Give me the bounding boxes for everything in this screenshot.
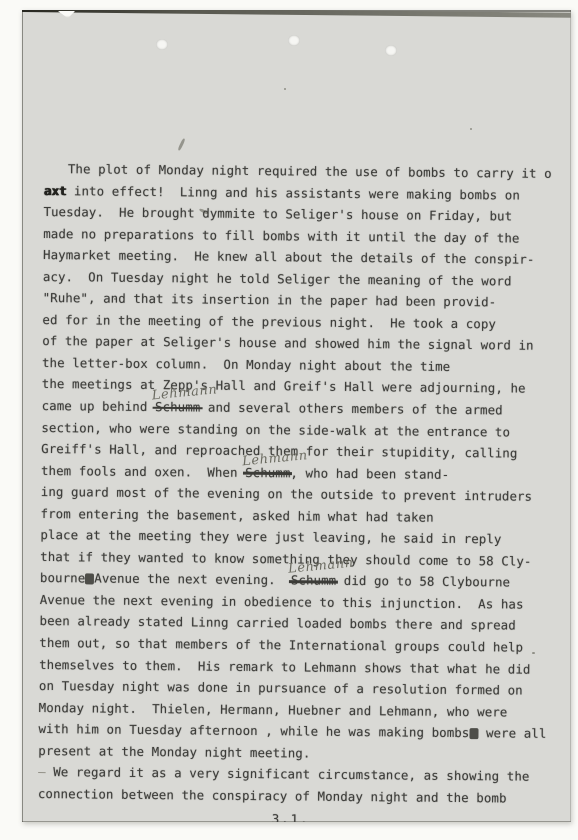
typed-text: them out, so that members of the Interna… [39, 635, 523, 655]
paper-sheet: The plot of Monday night required the us… [22, 10, 571, 822]
typed-text: that if they wanted to know something th… [40, 549, 532, 569]
paper-smudge [177, 138, 185, 151]
struck-out-name: SchummLehmann [291, 570, 337, 592]
paper-speck [470, 128, 472, 130]
typed-text: Haymarket meeting. He knew all about the… [43, 247, 535, 267]
punch-hole [385, 45, 397, 56]
typed-text: The plot of Monday night required the us… [68, 161, 552, 181]
ink-blot [469, 728, 478, 739]
typed-text: from entering the basement, asked him wh… [41, 506, 434, 525]
typed-text: ed for in the meeting of the previous ni… [42, 312, 496, 331]
paper-speck [284, 88, 286, 90]
typed-text: into effect! Linng and his assistants we… [66, 183, 520, 202]
punch-hole [288, 35, 300, 46]
page-number: 3.1. [38, 806, 544, 822]
typed-text: with him on Tuesday afternoon , while he… [38, 721, 469, 740]
text-line: connection between the conspiracy of Mon… [38, 783, 544, 809]
paper-edge-notch [58, 11, 75, 19]
typed-text: , who had been stand- [290, 465, 449, 482]
typed-text: the meetings at Zepp's Hall and Greif's … [42, 376, 526, 396]
typed-text: of the paper at Seliger's house and show… [42, 333, 534, 353]
typed-text: bourne [40, 570, 86, 585]
typed-text: themselves to them. His remark to Lehman… [39, 657, 531, 677]
typed-text: Tuesday. He brought dymmite to Seliger's… [43, 204, 512, 223]
typed-text: were all [478, 725, 546, 741]
typed-text: Monday night. Thielen, Hermann, Huebner … [39, 700, 508, 719]
typed-text: ing guard most of the evening on the out… [41, 484, 533, 504]
typed-text: Avenue the next evening in obedience to … [40, 592, 524, 612]
typed-text: made no preparations to fill bombs with … [43, 226, 519, 246]
struck-out-name: SchummLehmann [155, 396, 201, 418]
document-text: The plot of Monday night required the us… [38, 158, 550, 822]
ink-blot [85, 574, 94, 585]
pencil-dash: — [38, 764, 53, 779]
typed-text: present at the Monday night meeting. [38, 743, 310, 761]
typed-text: place at the meeting they were just leav… [40, 527, 501, 546]
typed-text: section, who were standing on the side-w… [41, 420, 510, 439]
typed-text: came up behind [42, 398, 156, 414]
struck-out-name: SchummLehmann [245, 462, 291, 484]
typed-text: them fools and oxen. When [41, 463, 245, 480]
typed-text: on Tuesday night was done in pursuance o… [39, 678, 523, 698]
typed-text: and several others members of the armed [200, 400, 503, 418]
punch-hole [156, 39, 168, 50]
document-lines: The plot of Monday night required the us… [38, 158, 550, 809]
typed-text: connection between the conspiracy of Mon… [38, 786, 507, 805]
typed-text: been already stated Linng carried loaded… [39, 613, 515, 633]
typed-text: the letter-box column. On Monday night a… [42, 355, 450, 374]
typed-text: acy. On Tuesday night he told Seliger th… [43, 269, 512, 288]
typed-text: Avenue the next evening. [94, 571, 291, 588]
typed-text: "Ruhe", and that its insertion in the pa… [43, 290, 497, 309]
typed-text: did go to 58 Clybourne [336, 573, 510, 590]
typed-text: We regard it as a very significant circu… [53, 764, 529, 784]
overstruck-text: axt [44, 183, 67, 198]
